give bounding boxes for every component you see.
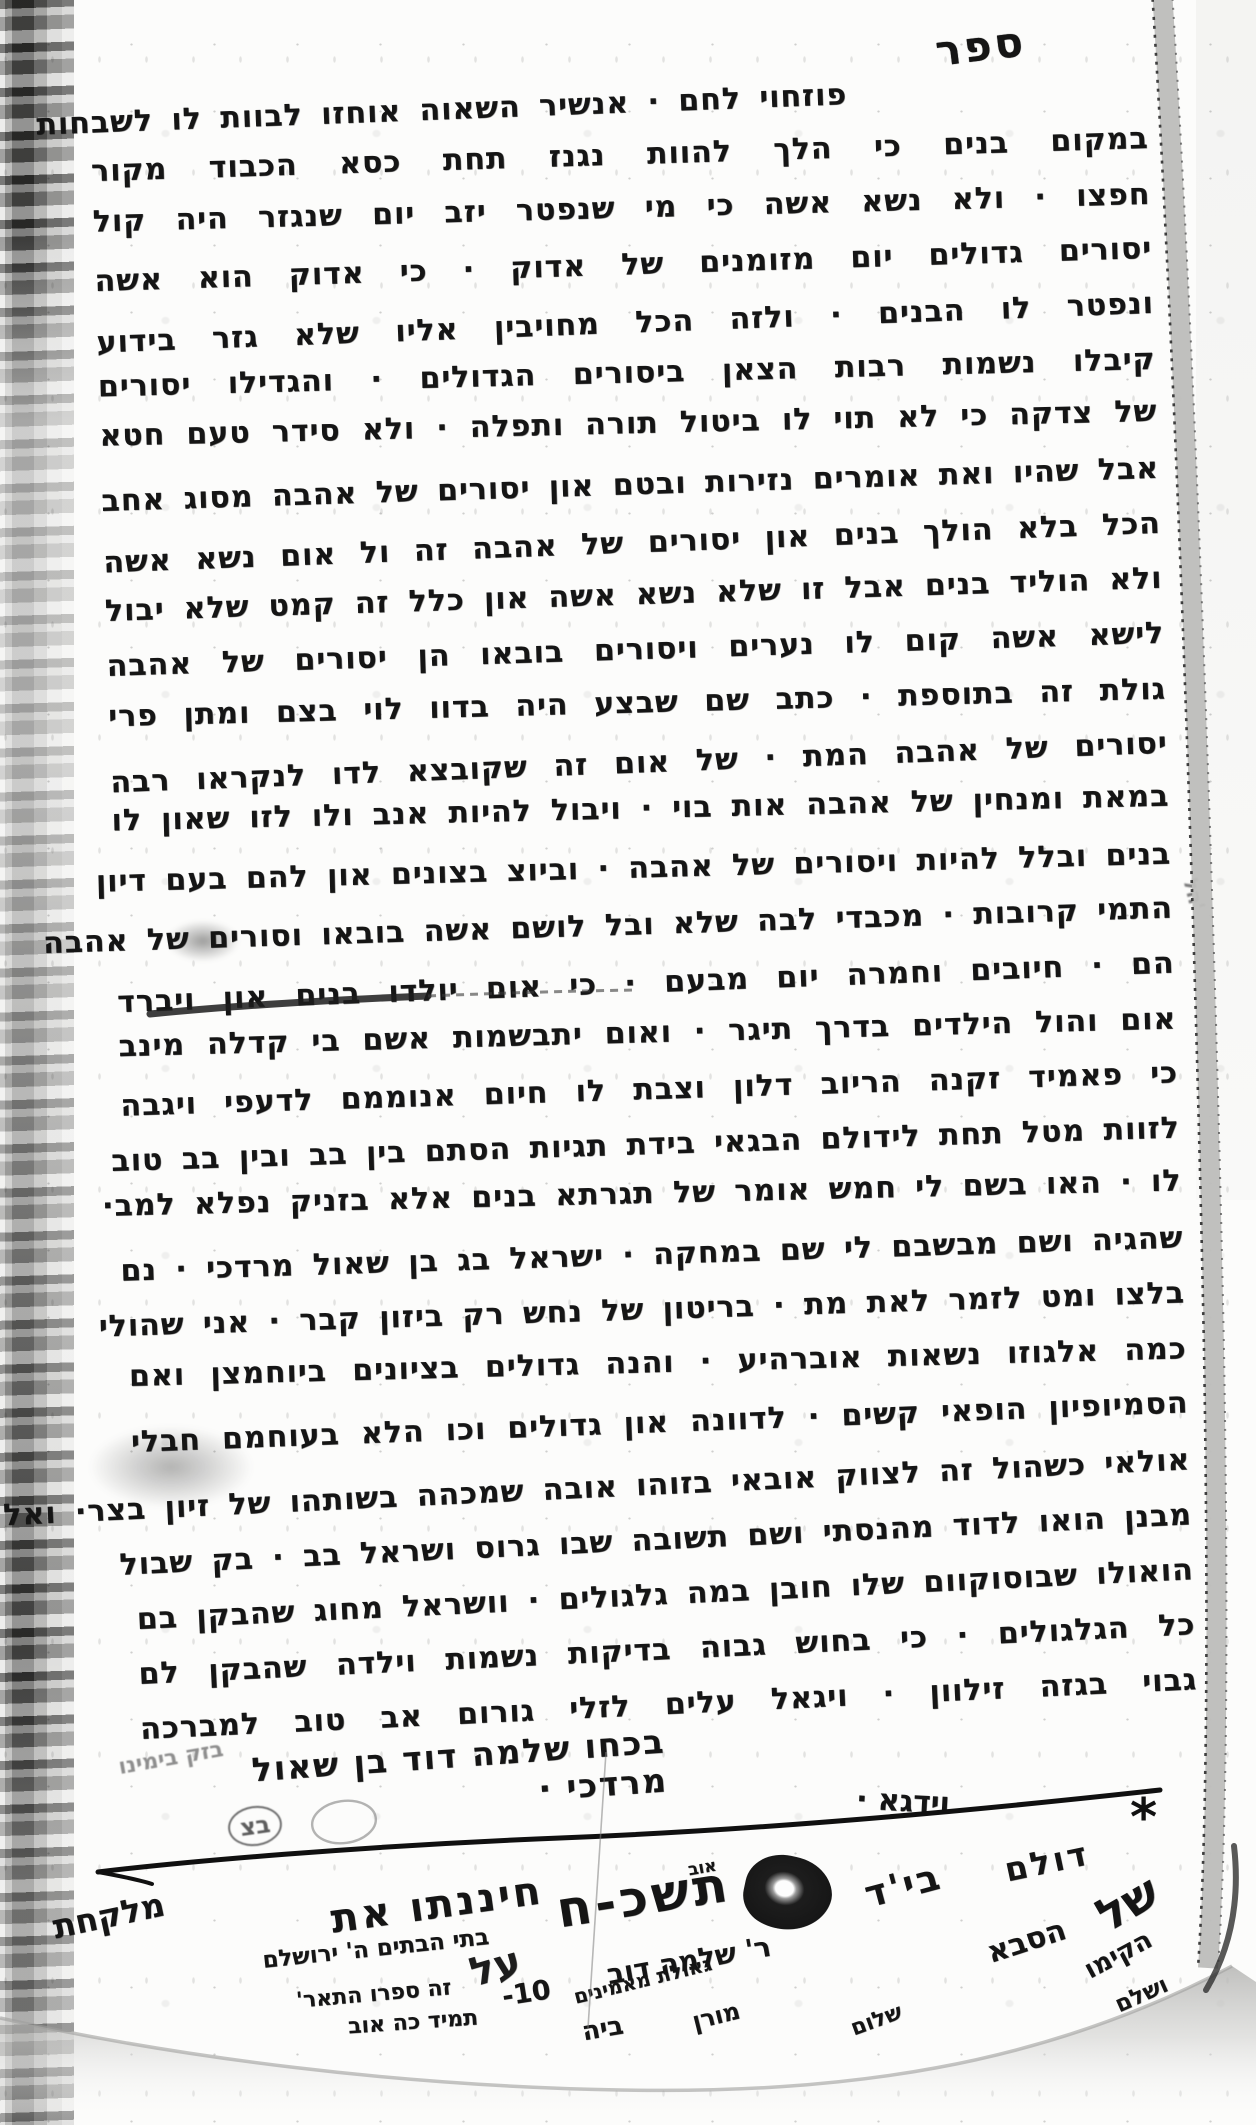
footer-bottom-beit: ביה xyxy=(580,2011,626,2048)
main-text-block: פוזחוי לחם · אנשיר השאוה אוחזו לבוות לו … xyxy=(89,56,1198,1738)
footer-grandfather-word: הסבא xyxy=(983,1912,1071,1970)
handwriting-layer: ספר פוזחוי לחם · אנשיר השאוה אוחזו לבוות… xyxy=(0,0,1256,2125)
footer-number: 10- xyxy=(500,1974,553,2012)
footer-bottom-note: תמיד כה אוב xyxy=(347,2005,479,2039)
manuscript-page: ספר פוזחוי לחם · אנשיר השאוה אוחזו לבוות… xyxy=(0,0,1256,2125)
colophon-word: וידגא · xyxy=(855,1782,951,1822)
footer-note-veshalem: ושלם xyxy=(1111,1972,1172,2018)
footer-bottom-shalom: שלום xyxy=(847,2000,905,2042)
footer-dedication-left: מלקחת xyxy=(49,1885,168,1947)
asterisk-mark: * xyxy=(1130,1788,1157,1848)
footer-note-dolem: דולם xyxy=(1001,1834,1093,1890)
footer-note-shel: של xyxy=(1087,1864,1168,1942)
right-margin-smudge-text: הל' xyxy=(1178,876,1209,913)
footer-bottom-moran: מורן xyxy=(689,1997,743,2036)
footer-year: תשכ-ח xyxy=(553,1855,735,1940)
footer-note-beit-dalet: בי'ד xyxy=(860,1855,947,1917)
